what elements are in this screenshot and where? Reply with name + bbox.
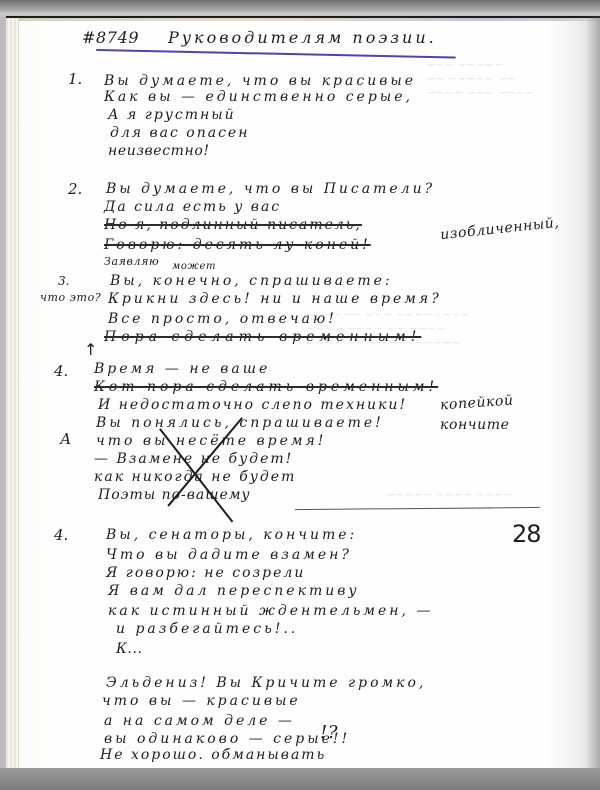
stanza-line: как истинный ждентельмен, — [108,604,433,618]
stanza-line: Вы, сенаторы, кончите: [106,528,357,542]
bleed-through-text: ~~~ ~~~~~ ~~ ~~~~~ ~~ ~~~~ ~~~ ~~~~ [426,58,534,100]
stanza-line: Вы думаете, что вы Писатели? [106,182,435,196]
margin-note: что это? [40,292,101,303]
stanza-marker: 1. [68,70,82,88]
page-number: 28 [512,520,541,548]
insertion-arrow-icon: ↑ [84,340,97,359]
page-title: Руководителям поэзии. [168,30,437,46]
stanza-line: Не хорошо. обманывать [100,748,326,762]
stanza-line: Время — не ваше [94,362,270,376]
page-edge-shadow [586,16,600,768]
stanza-line: Да сила есть у вас [104,200,281,214]
superscript-insertion: может [172,262,216,272]
scanned-page: ~~~ ~~~~~ ~~ ~~~~~ ~~ ~~~~ ~~~ ~~~~ ~~~~… [0,0,600,790]
stanza-line: и разбегайтесь!.. [116,622,298,636]
stanza-line: что вы — красивые [102,694,301,708]
stanza-line: что вы несёте время! [96,434,326,448]
stanza-line: И недостаточно слепо техники! [98,398,407,412]
scan-bottom-border [0,768,600,790]
stanza-line: неизвестно! [108,144,210,158]
stanza-line-struck: Кот пора сделать временным! [94,380,438,394]
stanza-line: Крикни здесь! ни и наше время? [108,292,442,306]
stanza-line: Я вам дал переспективу [108,584,360,598]
stanza-marker: 2. [68,180,82,198]
stanza-line: вы одинаково — серые!! [104,732,350,746]
stanza-line-struck: Пора сделать временным! [104,330,421,344]
bleed-through-text: ~~~~~ ~~~~ ~~~~ ~~ ~~~ ~~~~~~ [386,488,513,516]
stanza-line: для вас опасен [110,126,249,140]
stanza-line-struck: Говорю: десять лу коней! [104,238,371,252]
margin-note: кончите [440,418,510,432]
stanza-line: Вы, конечно, спрашиваете: [110,274,393,288]
stanza-line: Все просто, отвечаю! [108,312,337,326]
stanza-marker: 4. [54,362,68,380]
page-top-edge [6,18,600,21]
stanza-line: А я грустный [108,108,236,122]
stanza-line: Эльдениз! Вы Кричите громко, [106,676,426,690]
entry-number: #8749 [82,30,139,46]
stanza-marker: 4. [54,526,68,544]
stanza-line: Я говорю: не созрели [106,566,305,580]
stanza-line: Заявляю [104,256,159,267]
stanza-line: Вы думаете, что вы красивые [104,74,416,88]
stanza-line: а на самом деле — [104,714,295,728]
margin-marker: А [60,432,72,447]
stanza-line: Что вы дадите взамен? [106,548,352,562]
stanza-line: К... [116,642,143,656]
stanza-marker: 3. [58,274,69,288]
stanza-line: — Взамене не будет! [94,452,293,466]
margin-note: !? [320,724,338,742]
stanza-line: Как вы — единственно серые, [104,90,413,104]
stanza-line-struck: Но я, подлинный-писатель, [104,218,362,232]
notebook-binding [6,18,19,770]
